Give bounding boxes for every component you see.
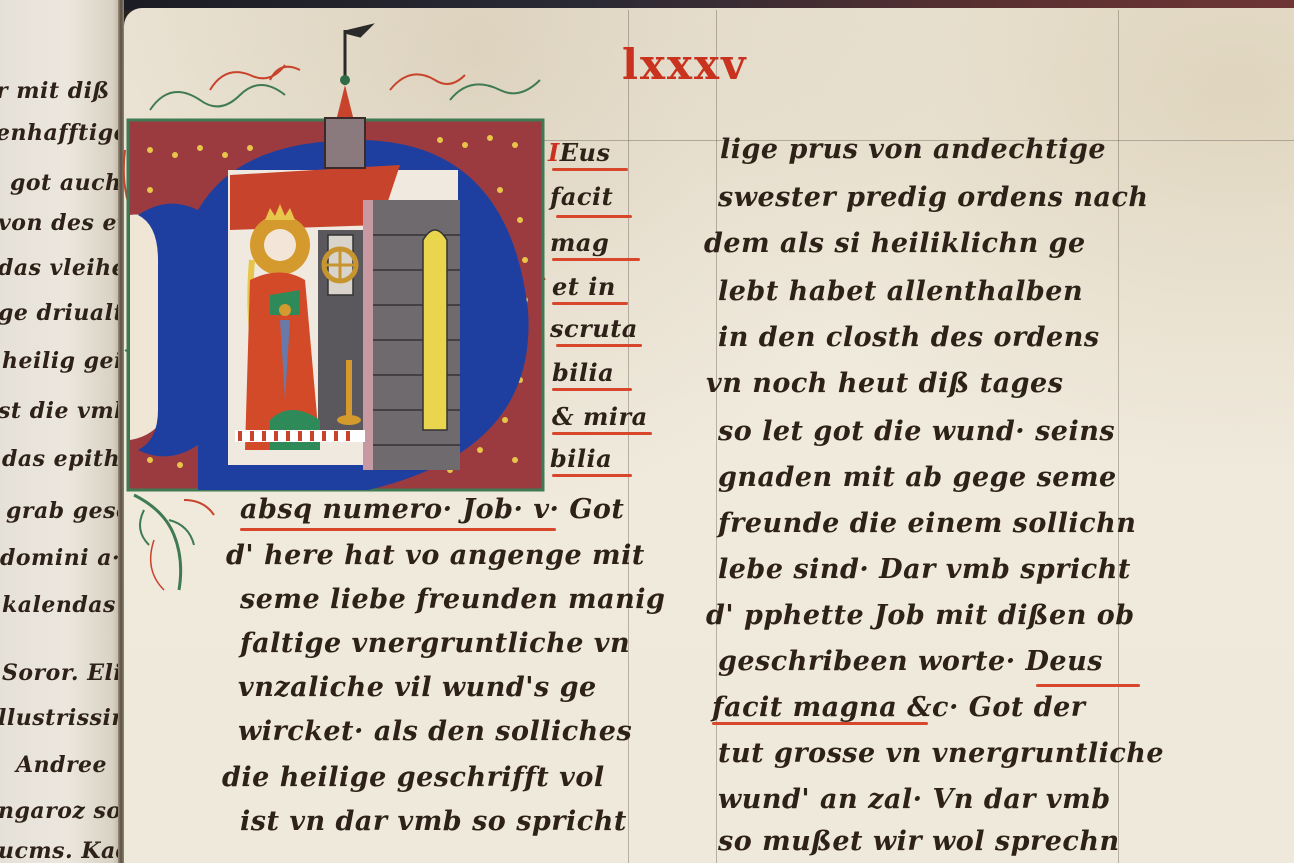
rubric-line: mag [550, 228, 609, 257]
left-page-line: das vleihe vns [0, 255, 122, 281]
right-column-line: d' pphette Job mit dißen ob [706, 600, 1135, 631]
rubric-underline [552, 168, 628, 171]
rubric-underline [552, 474, 632, 477]
rubric-underline [1036, 684, 1140, 687]
left-page-line: Soror. Elisabeth [2, 660, 122, 686]
rubric-line: facit [550, 182, 613, 211]
right-column-line: so let got die wund· seins [718, 416, 1115, 447]
left-page-line: st die vmb [0, 398, 122, 424]
left-page-line: enhafftige gedult [0, 120, 122, 146]
rubric-underline [556, 344, 642, 347]
right-column-line: lebe sind· Dar vmb spricht [718, 554, 1131, 585]
folio-number: lxxxv [622, 40, 747, 89]
left-page-line: grab geschribe [6, 498, 122, 524]
rubric-underline [556, 215, 632, 218]
left-column-line: wircket· als den solliches [238, 716, 632, 747]
rubric-line: bilia [550, 444, 612, 473]
rubric-line: bilia [552, 358, 614, 387]
left-page-line: heilig geist· Am [2, 348, 122, 374]
left-page-line: ngaroz soror [0, 798, 122, 824]
left-page-line: ucms. Kadabi [0, 838, 122, 863]
right-column-line: gnaden mit ab gege seme [718, 462, 1117, 493]
right-column-line: swester predig ordens nach [718, 182, 1149, 213]
rubric-underline [552, 388, 632, 391]
left-page: r mit diß kleme enhafftige gedult got au… [0, 0, 122, 863]
left-page-line: das epithaphiu [2, 446, 122, 472]
rubric-underline [712, 722, 928, 725]
ruling-line [1118, 10, 1119, 863]
right-column-line: vn noch heut diß tages [706, 368, 1063, 399]
left-page-line: domini a· ccc· [0, 545, 122, 571]
left-column-line: seme liebe freunden manig [240, 584, 665, 615]
right-column-line: wund' an zal· Vn dar vmb [718, 784, 1111, 815]
vine-flourish-icon [124, 490, 234, 610]
left-column-line: d' here hat vo angenge mit [226, 540, 645, 571]
right-column-line: freunde die einem sollichn [718, 508, 1136, 539]
rubric-line: & mira [552, 402, 648, 431]
right-column-line: lebt habet allenthalben [718, 276, 1083, 307]
rubric-line: IEus [548, 138, 611, 167]
left-column-line: absq numero· Job· v· Got [240, 494, 624, 525]
left-column-line: ist vn dar vmb so spricht [240, 806, 627, 837]
left-page-line: r mit diß kleme [0, 78, 122, 104]
left-column-line: die heilige geschrifft vol [222, 762, 605, 793]
illuminated-initial-d [120, 20, 560, 500]
left-column-line: vnzaliche vil wund's ge [238, 672, 597, 703]
left-page-line: von des ewigen [0, 210, 122, 236]
rubric-underline [552, 432, 652, 435]
left-page-line: ge driualtikeit [0, 300, 122, 326]
right-column-line: in den closth des ordens [718, 322, 1100, 353]
right-column-line: geschribeen worte· Deus [718, 646, 1103, 677]
rubric-line: et in [552, 272, 616, 301]
left-page-line: llustrissim [0, 705, 122, 731]
rubric-underline [552, 258, 640, 261]
right-column-line: tut grosse vn vnergruntliche [718, 738, 1164, 769]
right-column-line: so mußet wir wol sprechn [718, 826, 1120, 857]
rubric-line: scruta [550, 314, 638, 343]
right-column-line: dem als si heiliklichn ge [704, 228, 1086, 259]
right-column-line: facit magna &c· Got der [712, 692, 1085, 723]
left-page-line: kalendas nouem [2, 592, 122, 618]
left-column-line: faltige vnergruntliche vn [240, 628, 630, 659]
rubric-initial-stroke: I [548, 138, 560, 167]
rubric-underline [240, 528, 556, 531]
right-column-line: lige prus von andechtige [720, 134, 1106, 165]
ruling-line [716, 10, 717, 863]
rubric-underline [552, 302, 628, 305]
left-page-line: got auch gebr [10, 170, 122, 196]
left-page-line: Andree [16, 752, 107, 778]
